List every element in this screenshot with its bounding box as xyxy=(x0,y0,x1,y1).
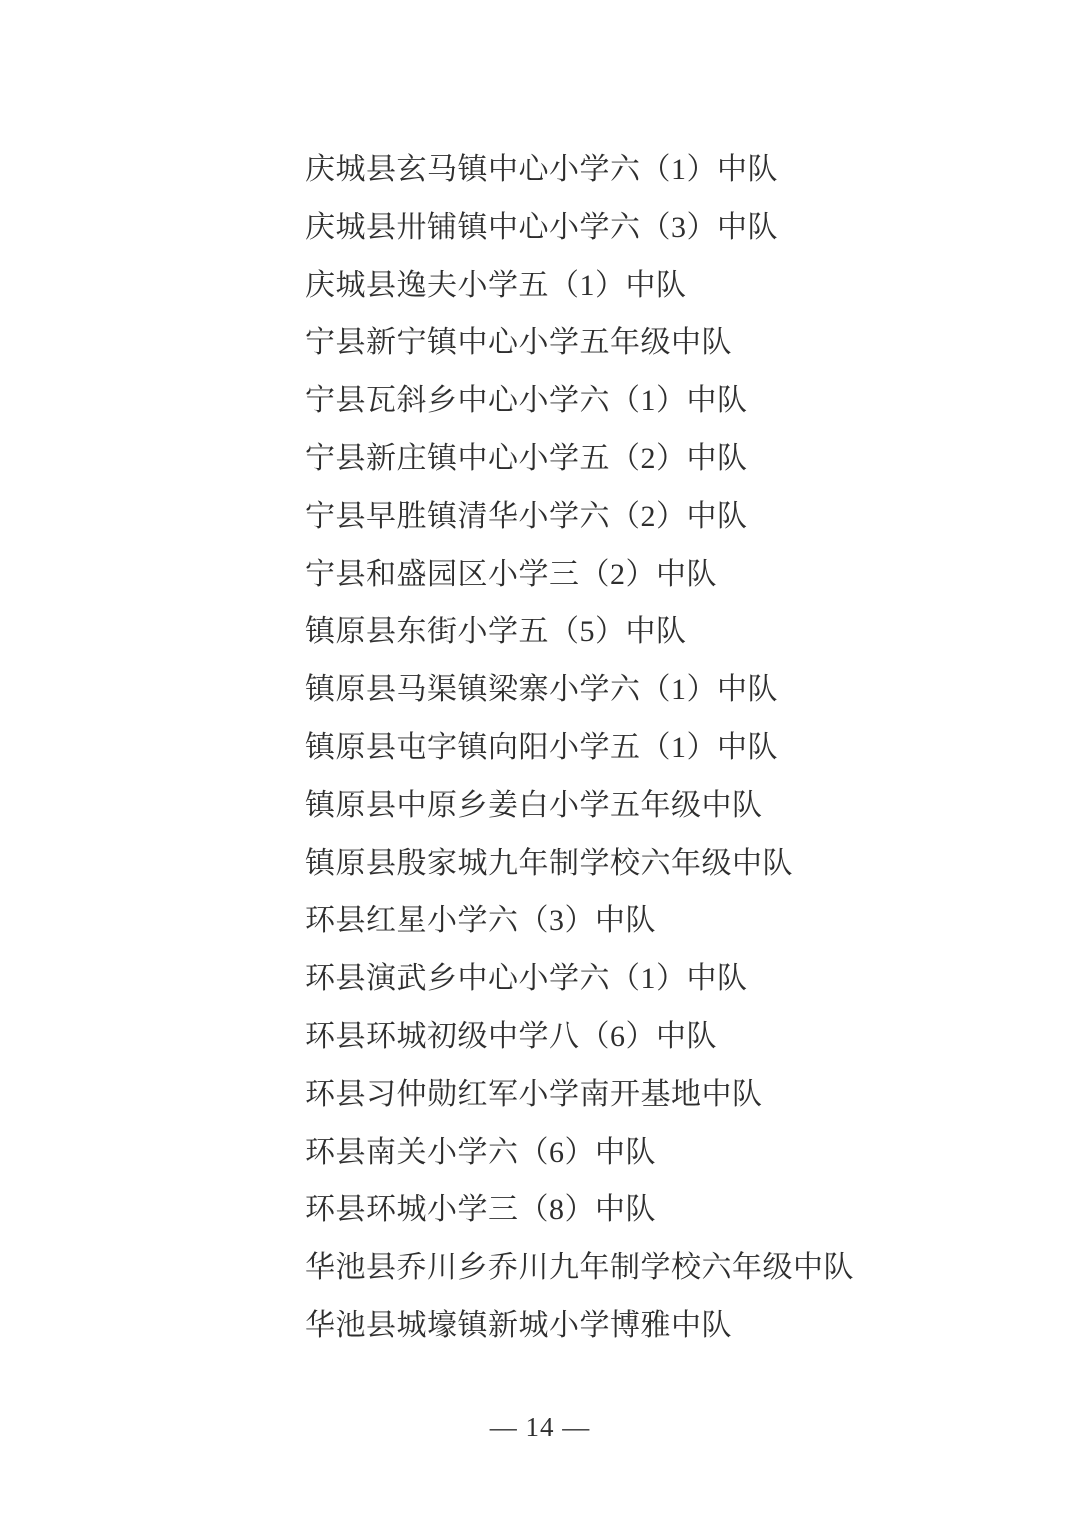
squad-line: 华池县乔川乡乔川九年制学校六年级中队 xyxy=(305,1239,854,1297)
page-number: — 14 — xyxy=(0,1412,1080,1443)
squad-line: 环县红星小学六（3）中队 xyxy=(305,892,854,950)
squad-line: 宁县和盛园区小学三（2）中队 xyxy=(305,546,854,604)
squad-line: 庆城县逸夫小学五（1）中队 xyxy=(305,257,854,315)
squad-line: 环县习仲勋红军小学南开基地中队 xyxy=(305,1066,854,1124)
squad-line: 环县演武乡中心小学六（1）中队 xyxy=(305,950,854,1008)
squad-line: 宁县新宁镇中心小学五年级中队 xyxy=(305,314,854,372)
squad-line: 镇原县马渠镇梁寨小学六（1）中队 xyxy=(305,661,854,719)
squad-line: 宁县新庄镇中心小学五（2）中队 xyxy=(305,430,854,488)
squad-line: 镇原县中原乡姜白小学五年级中队 xyxy=(305,777,854,835)
document-page: 庆城县玄马镇中心小学六（1）中队庆城县卅铺镇中心小学六（3）中队庆城县逸夫小学五… xyxy=(0,0,1080,1528)
squad-list: 庆城县玄马镇中心小学六（1）中队庆城县卅铺镇中心小学六（3）中队庆城县逸夫小学五… xyxy=(305,141,854,1355)
squad-line: 庆城县卅铺镇中心小学六（3）中队 xyxy=(305,199,854,257)
squad-line: 宁县早胜镇清华小学六（2）中队 xyxy=(305,488,854,546)
squad-line: 镇原县屯字镇向阳小学五（1）中队 xyxy=(305,719,854,777)
squad-line: 庆城县玄马镇中心小学六（1）中队 xyxy=(305,141,854,199)
squad-line: 环县环城小学三（8）中队 xyxy=(305,1181,854,1239)
squad-line: 华池县城壕镇新城小学博雅中队 xyxy=(305,1297,854,1355)
squad-line: 宁县瓦斜乡中心小学六（1）中队 xyxy=(305,372,854,430)
squad-line: 镇原县殷家城九年制学校六年级中队 xyxy=(305,835,854,893)
squad-line: 环县环城初级中学八（6）中队 xyxy=(305,1008,854,1066)
squad-line: 镇原县东街小学五（5）中队 xyxy=(305,603,854,661)
squad-line: 环县南关小学六（6）中队 xyxy=(305,1124,854,1182)
